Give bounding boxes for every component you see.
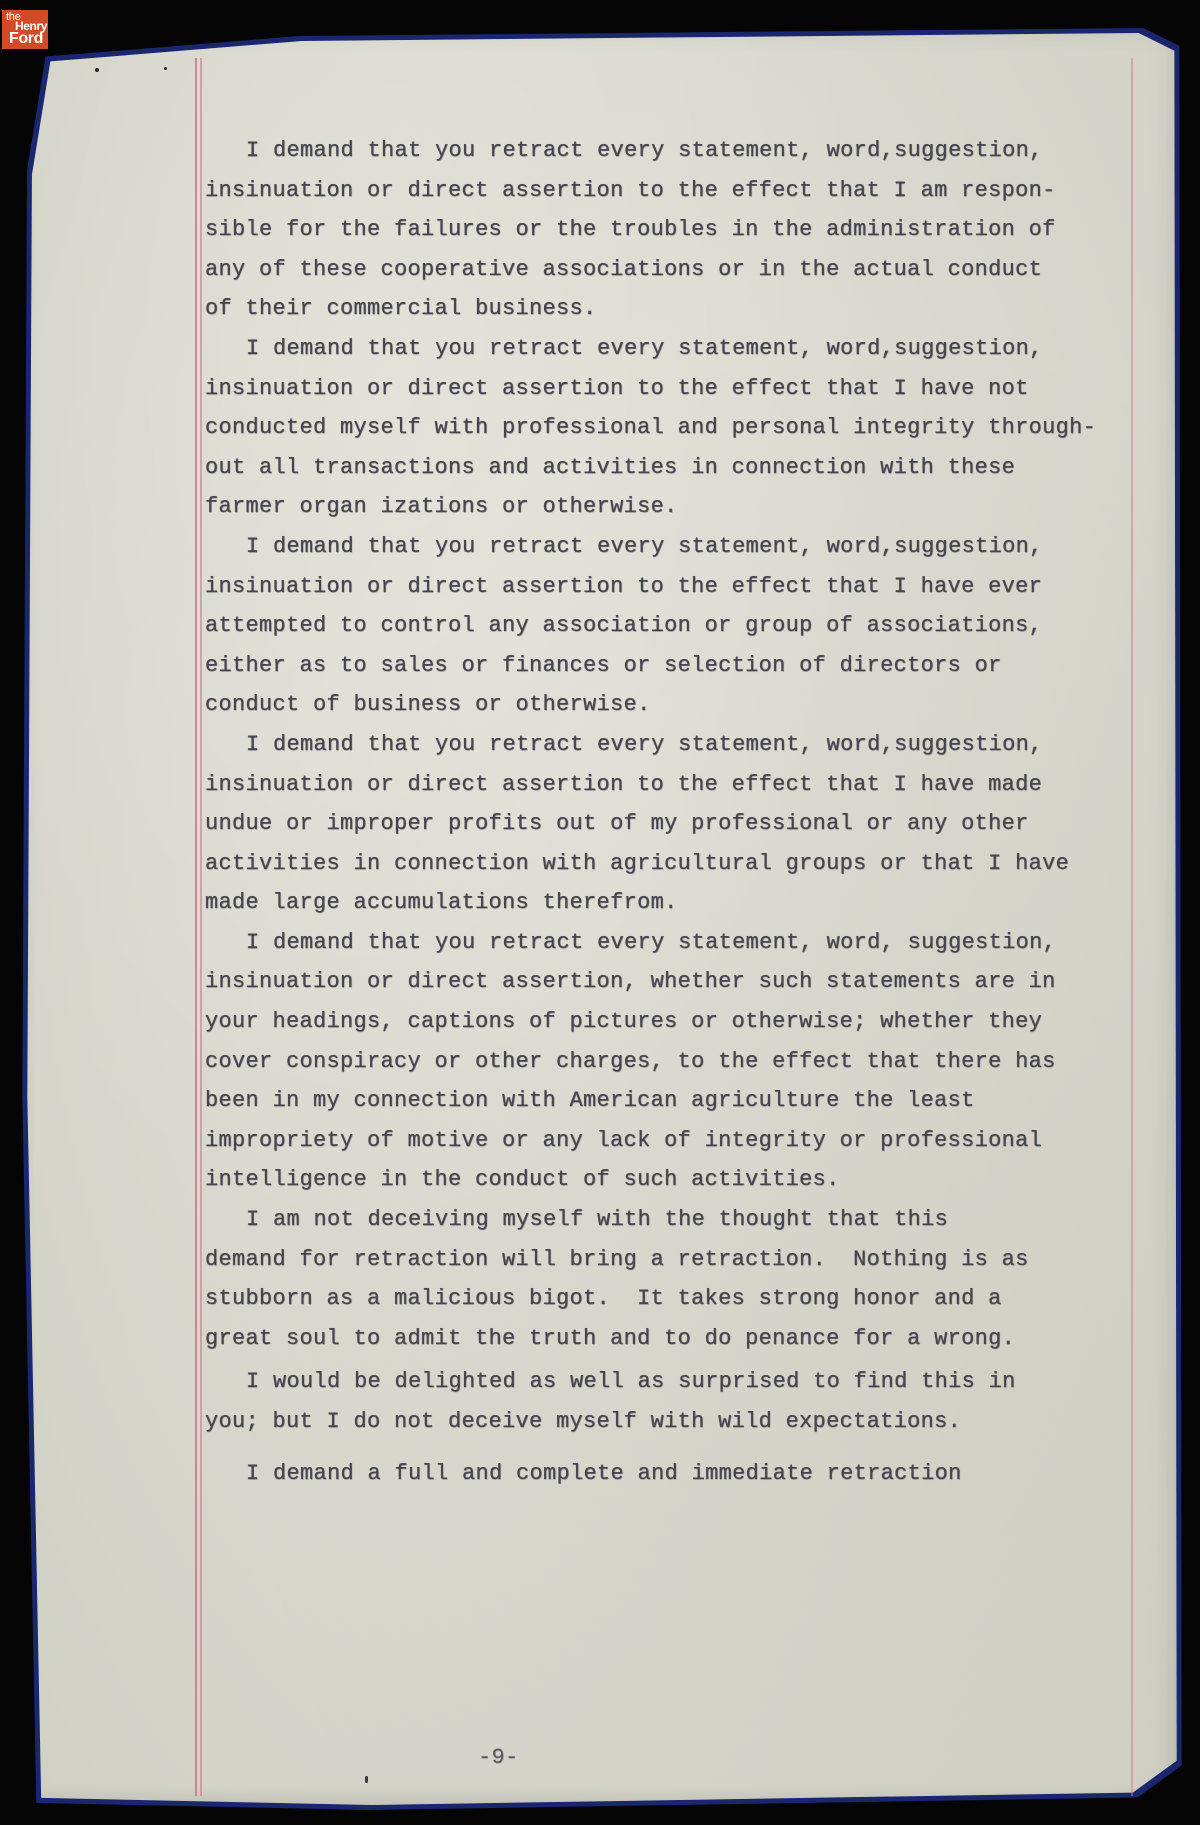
typewritten-line: undue or improper profits out of my prof… bbox=[205, 804, 1135, 844]
paragraph-demand-impropriety: I demand that you retract every statemen… bbox=[205, 923, 1135, 1200]
paragraph-demand-control: I demand that you retract every statemen… bbox=[205, 527, 1135, 725]
typewritten-line: insinuation or direct assertion to the e… bbox=[205, 171, 1135, 211]
typewritten-line: great soul to admit the truth and to do … bbox=[205, 1319, 1135, 1359]
typewritten-line: I demand that you retract every statemen… bbox=[205, 329, 1135, 369]
left-margin-rule-inner bbox=[200, 58, 202, 1796]
typewritten-line: I demand a full and complete and immedia… bbox=[205, 1454, 1135, 1494]
ink-speck bbox=[164, 67, 167, 70]
typewritten-line: insinuation or direct assertion to the e… bbox=[205, 369, 1135, 409]
typewritten-line: I demand that you retract every statemen… bbox=[205, 527, 1135, 567]
scanned-document-page: the Henry Ford I demand that you retract… bbox=[0, 0, 1200, 1825]
typewritten-line: I am not deceiving myself with the thoug… bbox=[205, 1200, 1135, 1240]
typewritten-line: insinuation or direct assertion to the e… bbox=[205, 765, 1135, 805]
paragraph-demand-retraction: I demand a full and complete and immedia… bbox=[205, 1454, 1135, 1494]
typewritten-line: out all transactions and activities in c… bbox=[205, 448, 1135, 488]
paragraph-delighted-surprised: I would be delighted as well as surprise… bbox=[205, 1362, 1135, 1441]
typewritten-line: attempted to control any association or … bbox=[205, 606, 1135, 646]
typewritten-line: I demand that you retract every statemen… bbox=[205, 131, 1135, 171]
typewritten-line: been in my connection with American agri… bbox=[205, 1081, 1135, 1121]
typewritten-line: either as to sales or finances or select… bbox=[205, 646, 1135, 686]
typewritten-line: stubborn as a malicious bigot. It takes … bbox=[205, 1279, 1135, 1319]
ink-speck bbox=[365, 1776, 368, 1783]
left-margin-rule bbox=[195, 58, 197, 1796]
typewritten-line: I would be delighted as well as surprise… bbox=[205, 1362, 1135, 1402]
typewritten-line: I demand that you retract every statemen… bbox=[205, 725, 1135, 765]
typewritten-text-block: I demand that you retract every statemen… bbox=[205, 131, 1135, 1493]
henry-ford-museum-logo: the Henry Ford bbox=[2, 10, 48, 49]
typewritten-line: of their commercial business. bbox=[205, 289, 1135, 329]
typewritten-line: you; but I do not deceive myself with wi… bbox=[205, 1402, 1135, 1442]
typewritten-line: activities in connection with agricultur… bbox=[205, 844, 1135, 884]
typewritten-line: farmer organ izations or otherwise. bbox=[205, 487, 1135, 527]
typewritten-line: conduct of business or otherwise. bbox=[205, 685, 1135, 725]
typewritten-line: insinuation or direct assertion to the e… bbox=[205, 567, 1135, 607]
typewritten-line: your headings, captions of pictures or o… bbox=[205, 1002, 1135, 1042]
typewritten-line: made large accumulations therefrom. bbox=[205, 883, 1135, 923]
paragraph-demand-profits: I demand that you retract every statemen… bbox=[205, 725, 1135, 923]
ink-speck bbox=[95, 68, 99, 72]
typewritten-line: I demand that you retract every statemen… bbox=[205, 923, 1135, 963]
page-number: -9- bbox=[478, 1742, 568, 1774]
paragraph-not-deceiving: I am not deceiving myself with the thoug… bbox=[205, 1200, 1135, 1358]
typewritten-line: insinuation or direct assertion, whether… bbox=[205, 962, 1135, 1002]
typewritten-line: demand for retraction will bring a retra… bbox=[205, 1240, 1135, 1280]
logo-word-ford: Ford bbox=[9, 30, 43, 48]
typewritten-line: sible for the failures or the troubles i… bbox=[205, 210, 1135, 250]
paragraph-demand-responsibility: I demand that you retract every statemen… bbox=[205, 131, 1135, 329]
typewritten-line: intelligence in the conduct of such acti… bbox=[205, 1160, 1135, 1200]
paragraph-demand-integrity: I demand that you retract every statemen… bbox=[205, 329, 1135, 527]
typewritten-line: cover conspiracy or other charges, to th… bbox=[205, 1042, 1135, 1082]
typewritten-line: any of these cooperative associations or… bbox=[205, 250, 1135, 290]
typewritten-line: conducted myself with professional and p… bbox=[205, 408, 1135, 448]
typewritten-line: impropriety of motive or any lack of int… bbox=[205, 1121, 1135, 1161]
